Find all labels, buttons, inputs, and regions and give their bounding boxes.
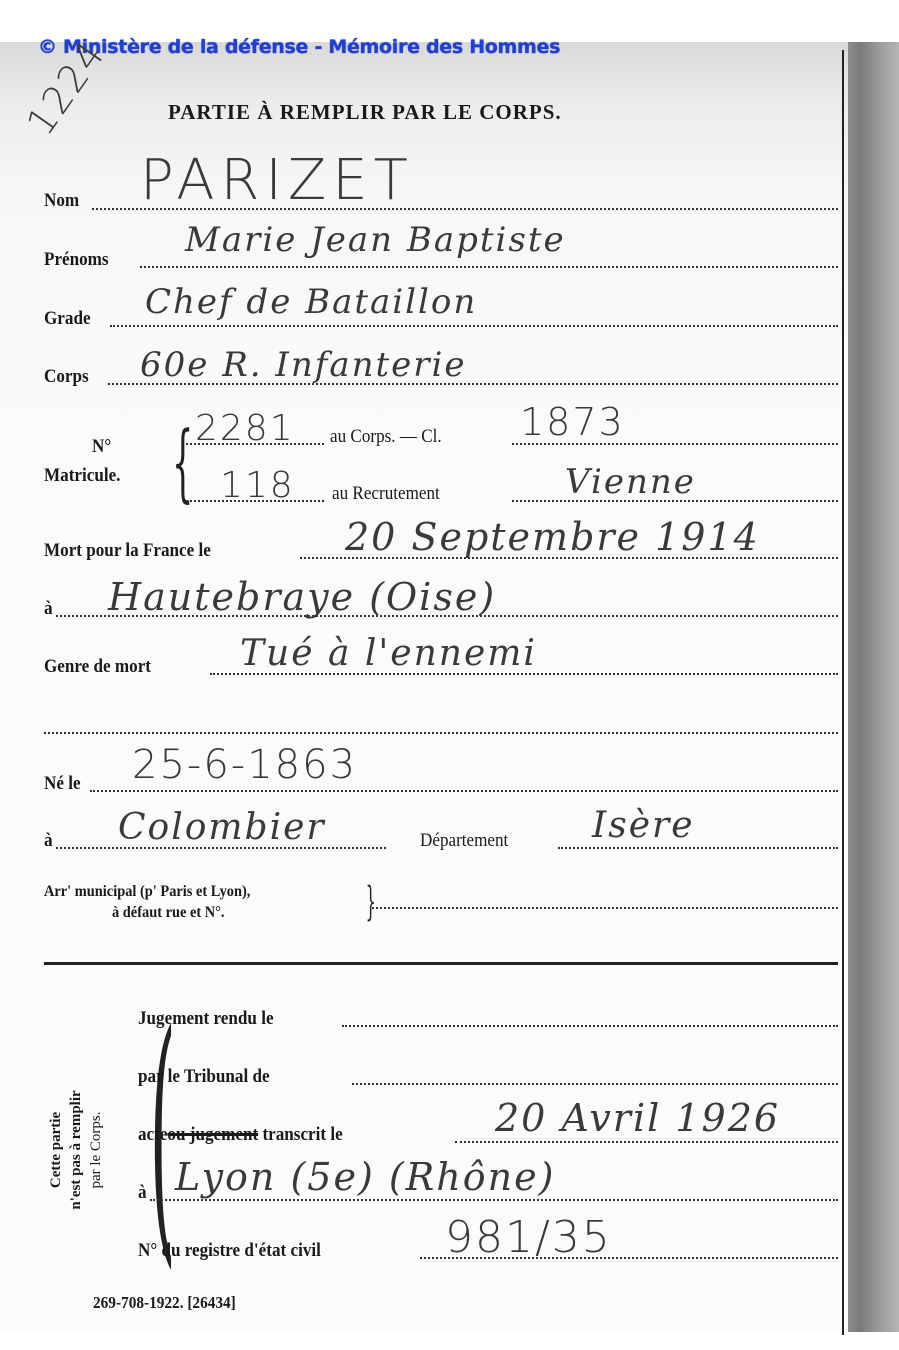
registre-value: 981/35 — [445, 1212, 612, 1263]
matricule-recrutement-value: 118 — [220, 465, 295, 506]
civil-lieu-line — [150, 1199, 838, 1201]
prenoms-label: Prénoms — [44, 249, 109, 271]
print-reference: 269-708-1922. [26434] — [93, 1293, 236, 1313]
mort-date-value: 20 Septembre 1914 — [345, 515, 760, 559]
civil-lieu-value: Lyon (5e) (Rhône) — [175, 1155, 555, 1199]
ne-le-label: Né le — [44, 773, 81, 795]
departement-value: Isère — [592, 805, 695, 846]
corps-label: Corps — [44, 366, 89, 388]
civil-lieu-label: à — [138, 1182, 147, 1204]
transcrit-suffix: transcrit le — [262, 1124, 342, 1145]
ne-le-value: 25-6-1863 — [132, 742, 357, 788]
transcrit-value: 20 Avril 1926 — [495, 1096, 780, 1140]
classe-value: 1873 — [520, 400, 625, 444]
recrutement-place-value: Vienne — [565, 462, 696, 502]
transcrit-prefix: acte — [138, 1124, 167, 1145]
grade-line — [110, 325, 838, 327]
matricule-corps-value: 2281 — [195, 408, 295, 449]
mort-lieu-label: à — [44, 598, 53, 620]
genre-mort-label: Genre de mort — [44, 656, 151, 678]
jugement-label: Jugement rendu le — [138, 1008, 274, 1030]
mort-date-label: Mort pour la France le — [44, 540, 211, 562]
prenoms-value: Marie Jean Baptiste — [185, 220, 566, 260]
arrondissement-label-1: Arr' municipal (p' Paris et Lyon), — [44, 883, 250, 901]
copyright-watermark: © Ministère de la défense - Mémoire des … — [38, 36, 560, 58]
transcrit-label: acteou jugement transcrit le — [138, 1124, 343, 1146]
transcrit-line — [455, 1141, 838, 1143]
transcrit-struck: ou jugement — [167, 1124, 258, 1145]
departement-label: Département — [420, 830, 508, 852]
tribunal-line — [352, 1083, 838, 1085]
nom-label: Nom — [44, 190, 79, 212]
arrondissement-line — [372, 907, 838, 909]
corps-value: 60e R. Infanterie — [140, 345, 467, 385]
matricule-label: Matricule. — [44, 465, 120, 487]
civil-side-note: Cette partie n'est pas à remplir par le … — [46, 1050, 106, 1250]
mort-lieu-value: Hautebraye (Oise) — [108, 575, 496, 619]
tribunal-label: par le Tribunal de — [138, 1066, 270, 1088]
matricule-label-no: N° — [92, 436, 111, 458]
registre-label: N° du registre d'état civil — [138, 1240, 321, 1262]
scan-edge-shadow — [848, 42, 899, 1332]
nom-value: PARIZET — [140, 148, 414, 213]
matricule-corps-label: au Corps. — Cl. — [330, 426, 442, 448]
arrondissement-brace: } — [366, 882, 376, 922]
arrondissement-label-2: à défaut rue et N°. — [112, 904, 225, 922]
card-title: PARTIE À REMPLIR PAR LE CORPS. — [168, 100, 562, 125]
matricule-brace: { — [172, 420, 193, 504]
matricule-recrutement-label: au Recrutement — [332, 483, 440, 505]
side-note-line2: n'est pas à remplir — [66, 1050, 86, 1250]
side-note-line1: Cette partie — [46, 1050, 66, 1250]
ne-lieu-value: Colombier — [118, 807, 326, 848]
jugement-line — [342, 1025, 838, 1027]
genre-mort-value: Tué à l'ennemi — [240, 633, 537, 674]
grade-value: Chef de Bataillon — [145, 282, 477, 322]
grade-label: Grade — [44, 308, 91, 330]
departement-line — [558, 847, 838, 849]
prenoms-line — [140, 266, 838, 268]
card-border-line — [842, 50, 844, 1335]
ne-le-line — [90, 790, 838, 792]
blank-line — [44, 732, 838, 734]
section-divider — [44, 962, 838, 965]
ne-lieu-label: à — [44, 830, 53, 852]
side-note-line3: par le Corps. — [86, 1050, 106, 1250]
